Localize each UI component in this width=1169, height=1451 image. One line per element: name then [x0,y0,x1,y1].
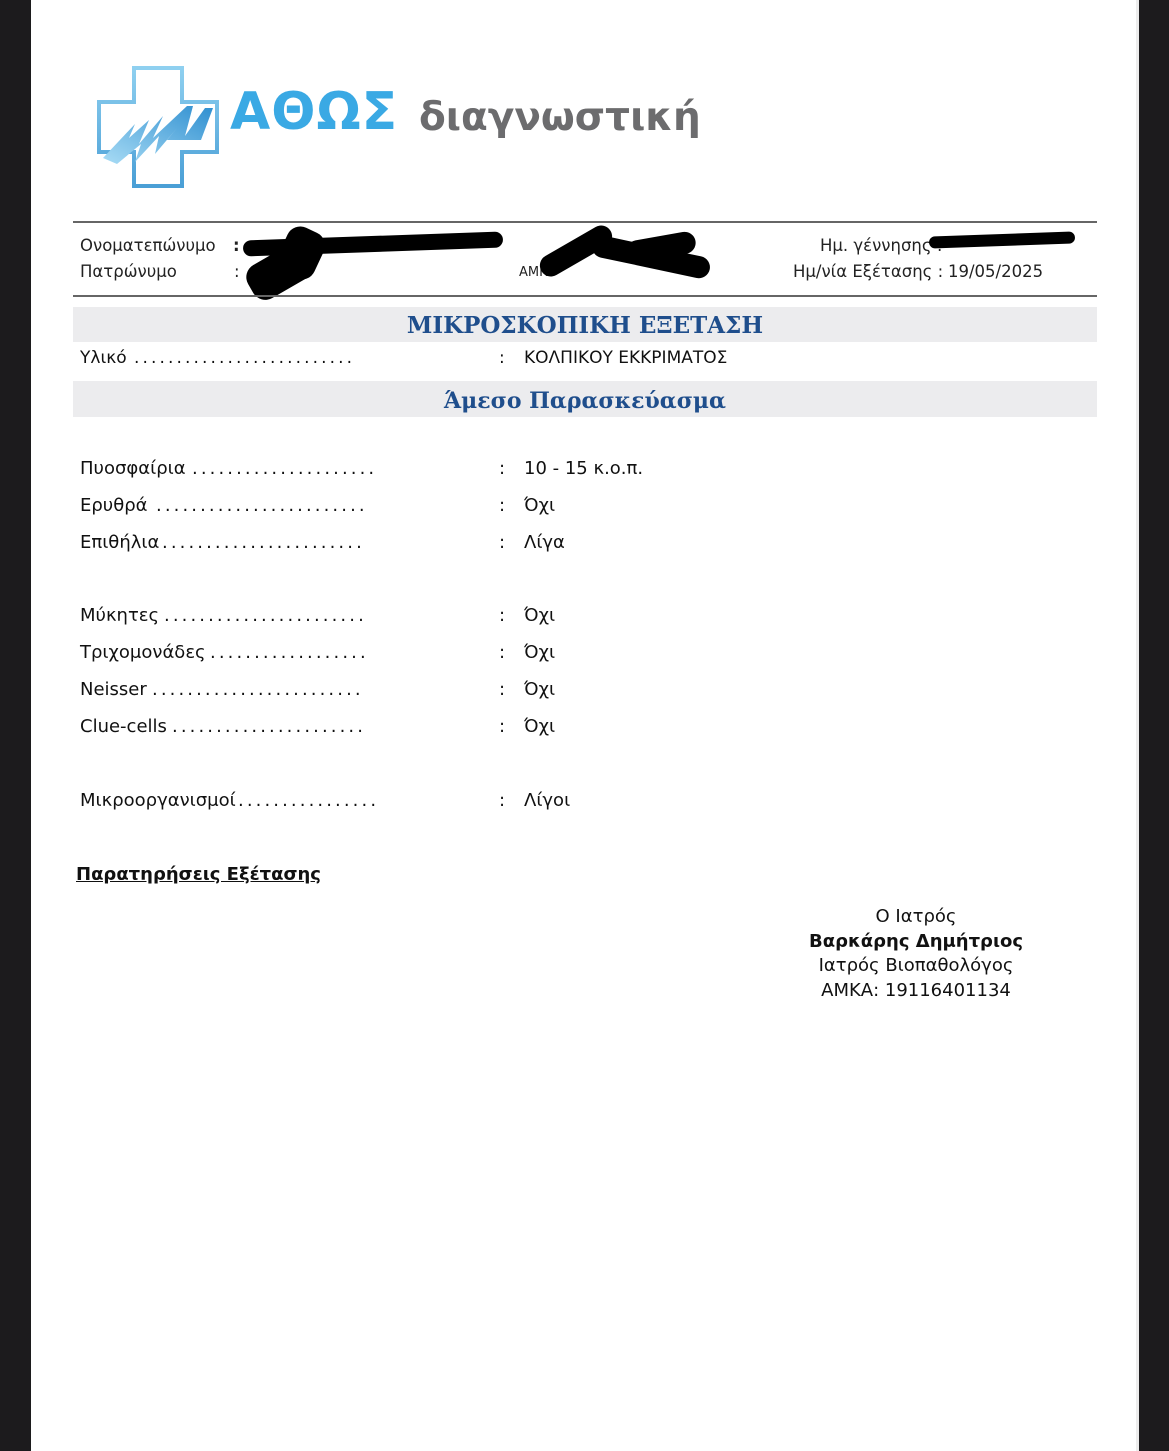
header-bottom-rule [73,295,1097,297]
result-value: Όχι [524,641,555,665]
result-value: Λίγα [524,531,565,555]
colon: : [499,494,505,518]
result-value: Όχι [524,715,555,739]
doctor-name: Βαρκάρης Δημήτριος [791,930,1041,955]
colon: : [499,604,505,628]
result-label: Μικροοργανισμοί [80,789,236,813]
leader-dots: ....................... [164,604,367,628]
result-label: Neisser [80,678,147,702]
result-label: Μύκητες [80,604,159,628]
lab-report-page: ΑΘΩΣ διαγνωστική Ονοματεπώνυμο : Πατρώνυ… [31,0,1139,1451]
doctor-specialty: Ιατρός Βιοπαθολόγος [791,954,1041,979]
leader-dots: ...................... [172,715,366,739]
doctor-title: Ο Ιατρός [791,905,1041,930]
result-value: 10 - 15 κ.ο.π. [524,457,643,481]
header-top-rule [73,221,1097,223]
leader-dots: ........................ [152,678,364,702]
result-label: Πυοσφαίρια [80,457,186,481]
section-title-microscopic: ΜΙΚΡΟΣΚΟΠΙΚΗ ΕΞΕΤΑΣΗ [73,307,1097,342]
exam-remarks-heading: Παρατηρήσεις Εξέτασης [76,864,321,885]
brand-subtitle: διαγνωστική [419,98,701,137]
father-name-label: Πατρώνυμο [80,264,177,281]
medical-cross-mountain-icon [97,66,227,188]
colon: : [499,678,505,702]
result-value: Όχι [524,604,555,628]
material-value: ΚΟΛΠΙΚΟΥ ΕΚΚΡΙΜΑΤΟΣ [524,346,727,370]
result-label: Ερυθρά [80,494,148,518]
subsection-title-direct-prep: Άμεσο Παρασκεύασμα [73,381,1097,417]
doctor-amka: ΑΜΚΑ: 19116401134 [791,979,1041,1004]
birth-date-label: Ημ. γέννησης : [820,238,942,255]
leader-dots: ........................ [156,494,368,518]
colon: : [499,715,505,739]
result-value: Λίγοι [524,789,570,813]
exam-date-value: 19/05/2025 [948,264,1043,281]
father-name-colon: : [234,264,240,281]
result-value: Όχι [524,678,555,702]
exam-date-label: Ημ/νία Εξέτασης : [793,264,943,281]
colon: : [499,346,505,370]
colon: : [499,641,505,665]
result-label: Τριχομονάδες [80,641,206,665]
brand-name: ΑΘΩΣ [230,86,398,138]
colon: : [499,531,505,555]
leader-dots: .......................... [134,346,355,370]
clinic-logo: ΑΘΩΣ διαγνωστική [97,66,717,188]
material-label: Υλικό [80,346,127,370]
doctor-signature-block: Ο Ιατρός Βαρκάρης Δημήτριος Ιατρός Βιοπα… [791,905,1041,1003]
leader-dots: ..................... [192,457,377,481]
result-label: Επιθήλια [80,531,159,555]
leader-dots: .................. [210,641,369,665]
colon: : [499,789,505,813]
name-colon: : [233,238,240,255]
redaction-mark [929,231,1075,248]
result-label: Clue-cells [80,715,167,739]
result-value: Όχι [524,494,555,518]
leader-dots: ....................... [162,531,365,555]
name-label: Ονοματεπώνυμο [80,238,216,255]
leader-dots: ................ [238,789,379,813]
colon: : [499,457,505,481]
